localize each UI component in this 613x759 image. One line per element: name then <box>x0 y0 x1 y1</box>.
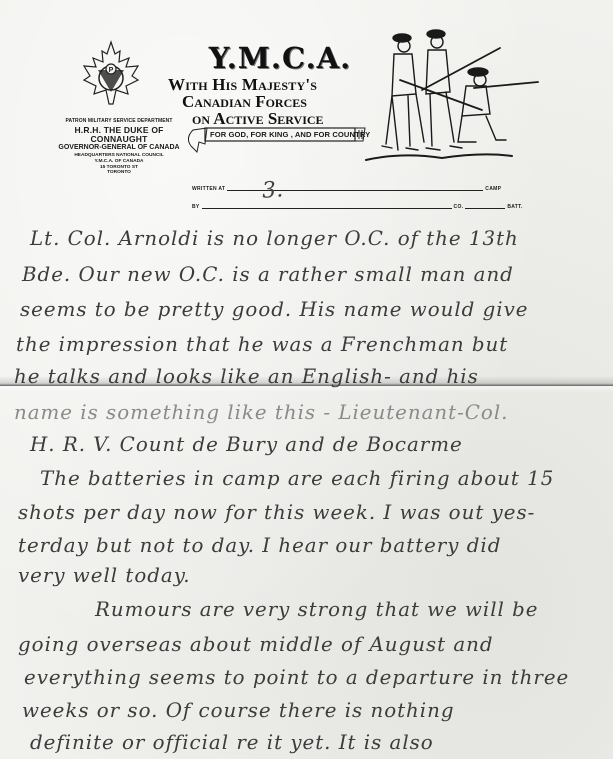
letter-line: seems to be pretty good. His name would … <box>20 297 607 321</box>
written-at-field: WRITTEN AT CAMP <box>192 186 501 192</box>
patron-block: PATRON MILITARY SERVICE DEPARTMENT H.R.H… <box>48 119 190 176</box>
organization-title: Y.M.C.A. <box>185 44 375 73</box>
letter-line: definite or official re it yet. It is al… <box>30 730 607 754</box>
camp-label: CAMP <box>485 186 501 192</box>
letter-line: very well today. <box>18 563 607 587</box>
banner-scroll-icon <box>183 124 373 154</box>
co-label: CO. <box>454 204 464 210</box>
letter-line: terday but not to day. I hear our batter… <box>18 533 607 557</box>
by-field: BY CO. BATT. <box>192 204 523 210</box>
letter-line: The batteries in camp are each firing ab… <box>40 466 607 490</box>
written-at-label: WRITTEN AT <box>192 186 225 192</box>
letter-line: weeks or so. Of course there is nothing <box>22 698 607 722</box>
banner-text: FOR GOD, FOR KING , AND FOR COUNTRY <box>210 130 370 139</box>
motto-line: Canadian Forces <box>182 93 388 110</box>
batt-label: BATT. <box>507 204 522 210</box>
soldiers-illustration-icon <box>362 24 542 170</box>
letter-line: H. R. V. Count de Bury and de Bocarme <box>30 432 607 456</box>
motto: With His Majesty's Canadian Forces on Ac… <box>168 76 388 127</box>
motto-line: With His Majesty's <box>168 76 388 93</box>
letter-line: name is something like this - Lieutenant… <box>14 400 607 424</box>
patron-line: GOVERNOR-GENERAL OF CANADA <box>48 144 190 151</box>
letter-line: shots per day now for this week. I was o… <box>18 500 607 524</box>
patron-line: TORONTO <box>48 171 190 176</box>
svg-text:P: P <box>109 67 114 74</box>
co-rule <box>465 208 505 209</box>
written-at-value: 3. <box>261 177 284 203</box>
maple-leaf-crest-icon: P <box>80 40 142 108</box>
by-label: BY <box>192 204 200 210</box>
letter-line: everything seems to point to a departure… <box>24 665 607 689</box>
letter-line: Bde. Our new O.C. is a rather small man … <box>22 262 607 286</box>
by-rule <box>202 208 452 209</box>
letter-line: Lt. Col. Arnoldi is no longer O.C. of th… <box>30 226 607 250</box>
letter-line: Rumours are very strong that we will be <box>95 597 607 621</box>
patron-line: H.R.H. THE DUKE OF CONNAUGHT <box>48 126 190 143</box>
letter-line: going overseas about middle of August an… <box>18 632 607 656</box>
letter-line: he talks and looks like an English- and … <box>14 364 607 388</box>
letter-line: the impression that he was a Frenchman b… <box>16 332 607 356</box>
patron-line: Y.M.C.A. OF CANADA <box>48 160 190 165</box>
